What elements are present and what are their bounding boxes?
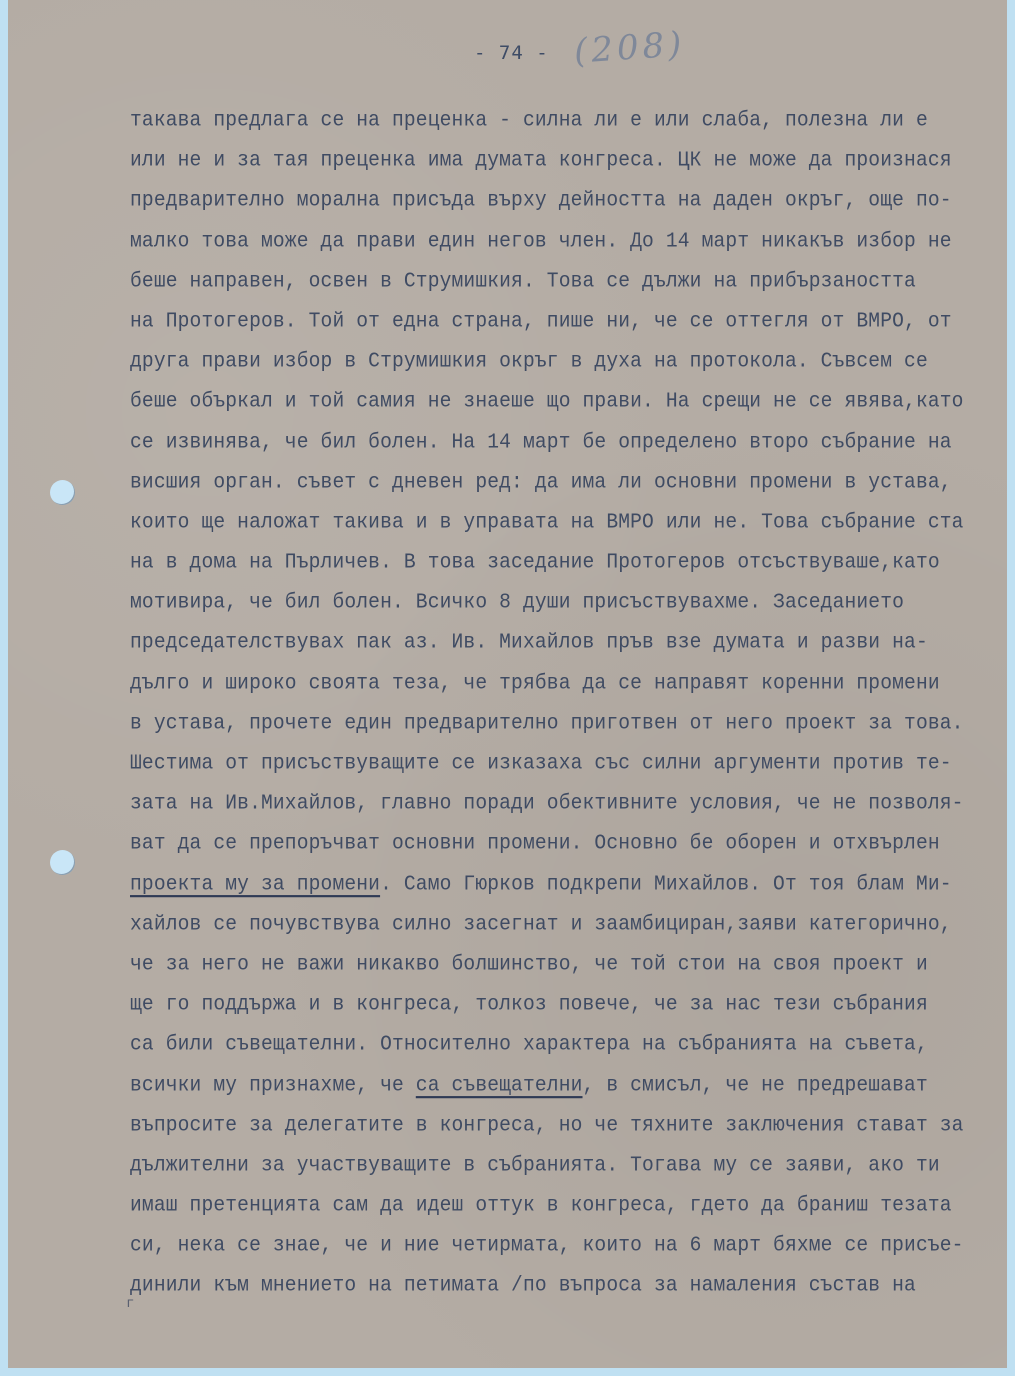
line-start: всички му признахме, че <box>130 1073 416 1097</box>
typewritten-page: - 74 - (208) такава предлага се на преце… <box>8 0 1007 1368</box>
punch-hole-top <box>50 480 75 505</box>
text-line: малко това може да прави един негов член… <box>130 224 1000 267</box>
text-line-with-underline: всички му признахме, че са съвещателни, … <box>130 1068 1000 1111</box>
text-line: дължителни за участвуващите в събранията… <box>130 1148 1000 1191</box>
text-line: в устава, прочете един предварително при… <box>130 706 1000 749</box>
text-line: мотивира, че бил болен. Всичко 8 души пр… <box>130 585 1000 628</box>
text-line: беше направен, освен в Струмишкия. Това … <box>130 264 1000 307</box>
text-line: на в дома на Пърличев. В това заседание … <box>130 545 1000 588</box>
document-body: такава предлага се на преценка - силна л… <box>130 103 1000 1309</box>
text-line: председателствувах пак аз. Ив. Михайлов … <box>130 625 1000 668</box>
text-line: Шестима от присъствуващите се изказаха с… <box>130 746 1000 789</box>
line-rest: . Само Гюрков подкрепи Михайлов. От тоя … <box>380 872 952 896</box>
text-line: които ще наложат такива и в управата на … <box>130 505 1000 548</box>
text-line: предварително морална присъда върху дейн… <box>130 183 1000 226</box>
text-line: или не и за тая преценка има думата конг… <box>130 143 1000 186</box>
text-line: зата на Ив.Михайлов, главно поради обект… <box>130 786 1000 829</box>
text-line: такава предлага се на преценка - силна л… <box>130 103 1000 146</box>
punch-hole-bottom <box>50 850 75 875</box>
page-number: - 74 - <box>474 42 549 64</box>
text-line: друга прави избор в Струмишкия окръг в д… <box>130 344 1000 387</box>
text-line: че за него не важи никакво болшинство, ч… <box>130 947 1000 990</box>
stray-mark: г <box>126 1296 134 1312</box>
text-line: динили към мнението на петимата /по въпр… <box>130 1268 1000 1311</box>
text-line: на Протогеров. Той от една страна, пише … <box>130 304 1000 347</box>
line-end: , в смисъл, че не предрешават <box>583 1073 928 1097</box>
text-line: въпросите за делегатите в конгреса, но ч… <box>130 1108 1000 1151</box>
text-line: хайлов се почувствува силно засегнат и з… <box>130 907 1000 950</box>
underlined-phrase: проекта му за промени <box>130 872 380 896</box>
text-line: беше объркал и той самия не знаеше що пр… <box>130 384 1000 427</box>
text-line: ват да се препоръчват основни промени. О… <box>130 826 1000 869</box>
text-line: ще го поддържа и в конгреса, толкоз пове… <box>130 987 1000 1030</box>
text-line: имаш претенцията сам да идеш оттук в кон… <box>130 1188 1000 1231</box>
text-line: се извинява, че бил болен. На 14 март бе… <box>130 425 1000 468</box>
handwritten-archive-number: (208) <box>573 24 687 72</box>
underlined-phrase: са съвещателни <box>416 1073 583 1097</box>
text-line: си, нека се знае, че и ние четирмата, ко… <box>130 1228 1000 1271</box>
text-line: са били съвещателни. Относително характе… <box>130 1027 1000 1070</box>
text-line: дълго и широко своята теза, че трябва да… <box>130 666 1000 709</box>
text-line: висшия орган. съвет с дневен ред: да има… <box>130 465 1000 508</box>
text-line-with-underline: проекта му за промени. Само Гюрков подкр… <box>130 867 1000 910</box>
